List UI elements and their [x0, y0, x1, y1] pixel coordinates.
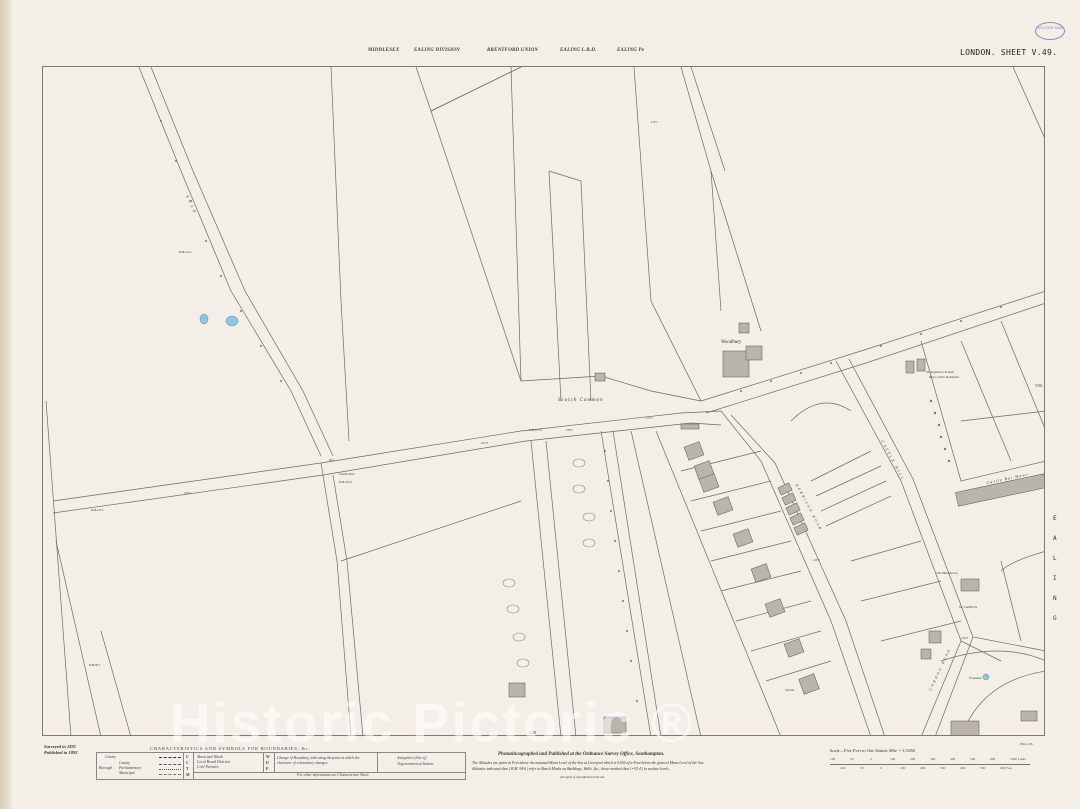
scale-tick: 500 [980, 766, 985, 770]
label-adjacent-south: V.58. [529, 730, 537, 735]
bench-mark: B.M.104·8 [339, 480, 352, 484]
spot-height: 114·8 [961, 636, 968, 640]
scale-bar: 100 50 0 100 200 300 400 500 600 1000 Li… [830, 760, 1030, 768]
scale-tick: 100 [890, 757, 895, 761]
altitudes-note-1: The Altitudes are given in Feet above th… [472, 761, 704, 765]
scale-title: Scale—Five Feet to One Statute Mile = 1/… [830, 748, 915, 753]
bench-mark: B.M.115·6 [529, 428, 542, 432]
scale-tick: 200 [910, 757, 915, 761]
legend-change-boundary: Change of Boundary, indicating the point… [277, 756, 372, 766]
bench-mark: B.M.112·4 [179, 250, 192, 254]
record-map-stamp: RECORD MAP [1035, 22, 1065, 40]
borough-line-symbol [159, 764, 181, 765]
legend-borough: Borough [99, 766, 112, 771]
header-union: BRENTFORD UNION [487, 48, 538, 53]
published-date: Published in 1893 [44, 750, 78, 755]
scale-tick: 50 [860, 766, 864, 770]
side-label-letter: L [1053, 555, 1057, 562]
municipal-line-symbol [159, 774, 181, 775]
scale-tick: 400 [950, 757, 955, 761]
spot-height: 107·8 [481, 441, 488, 445]
spot-height: 119·7 [651, 120, 658, 124]
side-label-letter: N [1053, 595, 1057, 602]
legend-title: CHARACTERISTICS AND SYMBOLS FOR BOUNDARI… [150, 746, 311, 751]
header-parish: EALING Pe [617, 48, 644, 53]
scale-tick: 600 [990, 757, 995, 761]
legend-county: County [105, 755, 116, 760]
county-line-symbol [159, 757, 181, 758]
scale-tick: 100 [840, 766, 845, 770]
label-scotch-common: Scotch Common [558, 398, 604, 403]
spot-height: 106·4 [184, 491, 191, 495]
scale-tick: 300 [940, 766, 945, 770]
label-stirum: Stirum [785, 688, 795, 692]
label-st-cuthberts: St. Cuthberts [959, 605, 978, 609]
header-division: EALING DIVISION [414, 48, 460, 53]
header-lbd: EALING L.B.D. [560, 48, 597, 53]
sheet-title: LONDON. SHEET V.49. [960, 48, 1057, 57]
fountain-icon [983, 674, 989, 680]
scale-tick: 400 [960, 766, 965, 770]
label-adjacent-east: V.50. [1035, 383, 1043, 388]
legend-civil-parishes: Civil Parishes [197, 765, 219, 770]
label-the-hawthorns: The Hawthorns [936, 571, 958, 575]
scale-tick: 50 [850, 757, 854, 761]
label-guide-post: Guide Post [339, 472, 356, 476]
spot-height: 99·1 [329, 458, 335, 462]
scale-tick: 1000 Links [1010, 757, 1026, 761]
label-woodbury: Woodbury [721, 340, 742, 345]
published-by: Photozincographed and Published at the O… [498, 752, 664, 757]
label-fountain: Fountain [968, 676, 982, 680]
side-label-letter: G [1053, 615, 1057, 622]
rights-note: All rights of reproduction reserved. [560, 775, 605, 779]
legend-borough-municipal: Municipal [119, 771, 135, 776]
bench-mark: B.M.99·1 [89, 663, 101, 667]
scale-tick: 0 [870, 757, 872, 761]
map-frame[interactable]: Woodbury Scotch Common St. Stephen's Sch… [42, 66, 1045, 736]
label-st-stephens-school-sub: Boys, Girls & Infants [929, 375, 960, 380]
legend-antiquities: Antiquities (Site of) [397, 756, 427, 761]
label-castle-hill: CASTLE HILL [880, 439, 906, 482]
label-road-north: ROAD [185, 194, 198, 216]
altitudes-note-2: Altitudes indicated thus ( B.M. 94·6 ) r… [472, 767, 670, 771]
scale-tick: 500 [970, 757, 975, 761]
label-gordon-road: GORDON ROAD [928, 647, 951, 691]
spot-height: 108·4 [566, 428, 573, 432]
spot-height: 111·1 [646, 416, 653, 420]
bench-mark: B.M.110·4 [91, 508, 104, 512]
legend-trig-station: Trigonometrical Station [397, 762, 433, 767]
scale-tick: 300 [930, 757, 935, 761]
boundary-legend: County Borough County Parliamentary Muni… [96, 752, 466, 780]
map-sheet: RECORD MAP MIDDLESEX EALING DIVISION BRE… [0, 0, 1080, 809]
label-st-stephens-school: St. Stephen's School [926, 370, 954, 374]
scale-tick: 100 [900, 766, 905, 770]
sheet-edge [0, 0, 12, 809]
side-label-letter: A [1053, 535, 1057, 542]
legend-note: For other information see Characteristic… [297, 773, 369, 778]
header-county: MIDDLESEX [368, 48, 399, 53]
legend-letter: M [186, 772, 190, 778]
map-canvas[interactable]: Woodbury Scotch Common St. Stephen's Sch… [43, 67, 1045, 736]
scale-tick: 100 [830, 757, 835, 761]
parliamentary-line-symbol [159, 769, 181, 770]
scale-tick: 0 [880, 766, 882, 770]
spot-height: 110·3 [813, 558, 820, 562]
side-label-letter: E [1053, 515, 1057, 522]
side-label-letter: I [1053, 575, 1057, 582]
scale-tick: 600 Feet [1000, 766, 1012, 770]
price-label: Price 2/6 [1020, 742, 1033, 746]
surveyed-date: Surveyed in 1891 [44, 744, 76, 749]
scale-tick: 200 [920, 766, 925, 770]
